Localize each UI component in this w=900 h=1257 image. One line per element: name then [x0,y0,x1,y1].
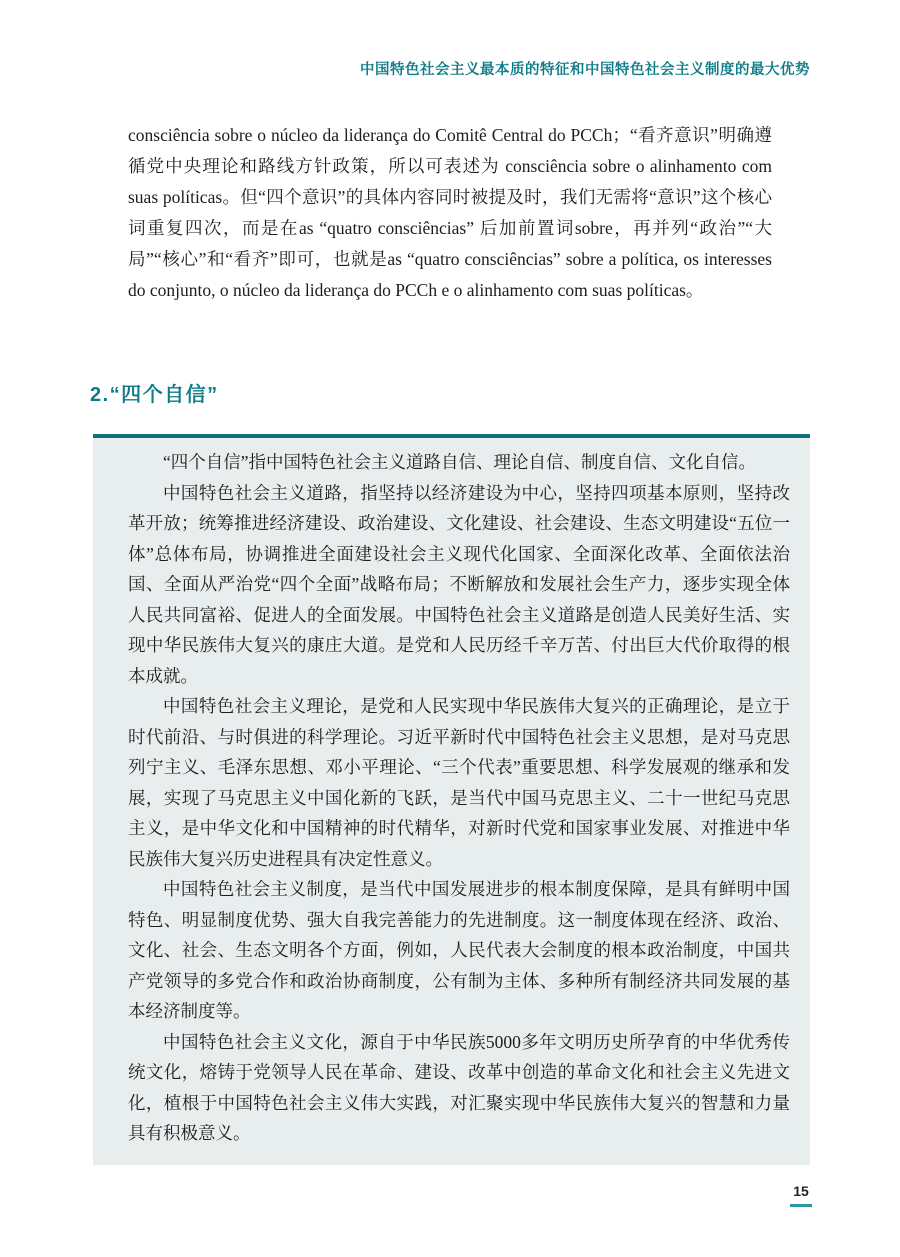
four-confidences-box: “四个自信”指中国特色社会主义道路自信、理论自信、制度自信、文化自信。 中国特色… [93,434,810,1165]
box-paragraph-road: 中国特色社会主义道路，指坚持以经济建设为中心，坚持四项基本原则，坚持改革开放；统… [128,478,790,692]
page-number: 15 [786,1183,816,1199]
box-paragraph-system: 中国特色社会主义制度，是当代中国发展进步的根本制度保障，是具有鲜明中国特色、明显… [128,874,790,1027]
running-header-title: 中国特色社会主义最本质的特征和中国特色社会主义制度的最大优势 [90,58,810,79]
section-heading: 2.“四个自信” [90,378,219,407]
intro-paragraph: consciência sobre o núcleo da liderança … [128,120,772,306]
page-number-rule [790,1204,812,1207]
document-page: 中国特色社会主义最本质的特征和中国特色社会主义制度的最大优势 consciênc… [0,0,900,1257]
box-paragraph-culture: 中国特色社会主义文化，源自于中华民族5000多年文明历史所孕育的中华优秀传统文化… [128,1027,790,1149]
box-paragraph-overview: “四个自信”指中国特色社会主义道路自信、理论自信、制度自信、文化自信。 [128,447,790,478]
box-paragraph-theory: 中国特色社会主义理论，是党和人民实现中华民族伟大复兴的正确理论，是立于时代前沿、… [128,691,790,874]
